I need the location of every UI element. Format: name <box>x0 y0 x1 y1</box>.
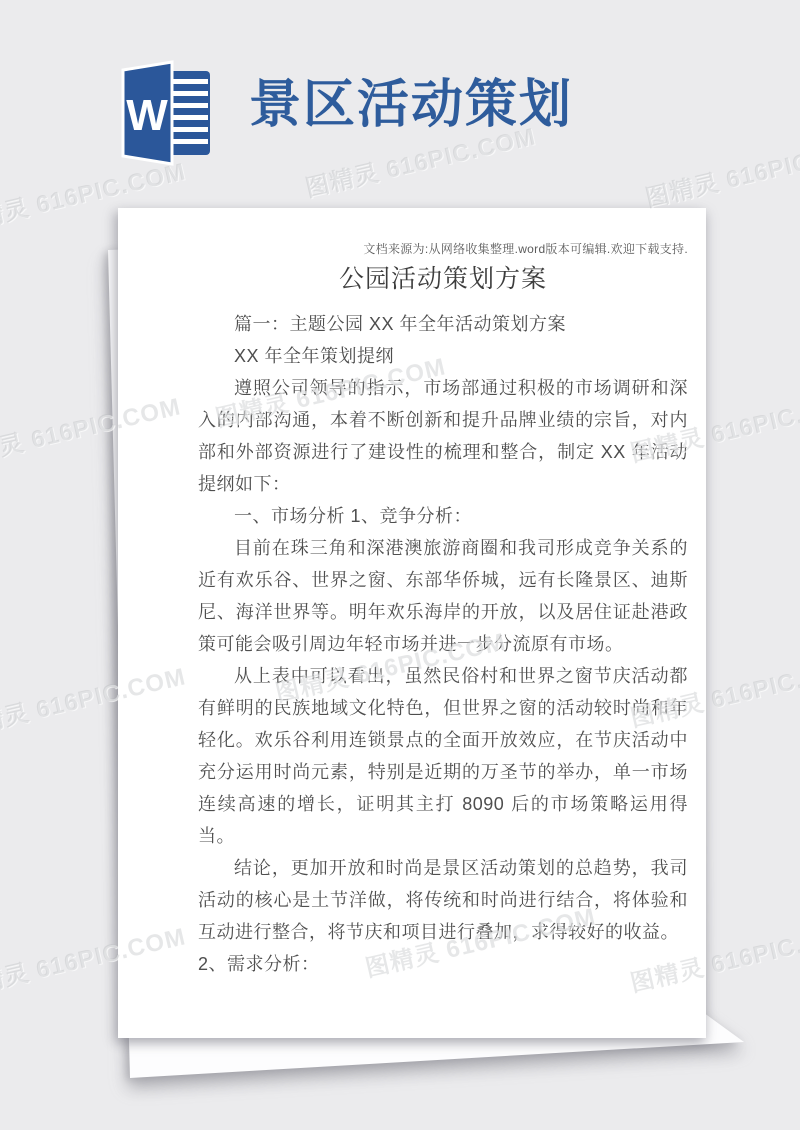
paragraph: XX 年全年策划提纲 <box>198 340 688 372</box>
document-title: 公园活动策划方案 <box>198 263 688 295</box>
paragraph: 篇一：主题公园 XX 年全年活动策划方案 <box>198 308 688 340</box>
paragraph: 结论，更加开放和时尚是景区活动策划的总趋势，我司活动的核心是土节洋做，将传统和时… <box>198 852 688 948</box>
word-icon-letter: W <box>126 91 168 140</box>
paragraph: 从上表中可以看出，虽然民俗村和世界之窗节庆活动都有鲜明的民族地域文化特色，但世界… <box>198 660 688 852</box>
document-source-note: 文档来源为:从网络收集整理.word版本可编辑.欢迎下载支持. <box>198 242 688 257</box>
paragraph: 2、需求分析： <box>198 948 688 980</box>
paragraph: 一、市场分析 1、竞争分析： <box>198 500 688 532</box>
page-canvas: W 景区活动策划 文档来源为:从网络收集整理.word版本可编辑.欢迎下载支持.… <box>0 0 800 1130</box>
word-icon: W <box>118 57 214 171</box>
page-title: 景区活动策划 <box>249 74 573 138</box>
document-page: 文档来源为:从网络收集整理.word版本可编辑.欢迎下载支持. 公园活动策划方案… <box>118 208 706 1038</box>
header: W 景区活动策划 <box>0 0 800 200</box>
document-body: 篇一：主题公园 XX 年全年活动策划方案XX 年全年策划提纲遵照公司领导的指示，… <box>198 308 688 980</box>
paragraph: 目前在珠三角和深港澳旅游商圈和我司形成竞争关系的近有欢乐谷、世界之窗、东部华侨城… <box>198 532 688 660</box>
paragraph: 遵照公司领导的指示，市场部通过积极的市场调研和深入的内部沟通，本着不断创新和提升… <box>198 372 688 500</box>
